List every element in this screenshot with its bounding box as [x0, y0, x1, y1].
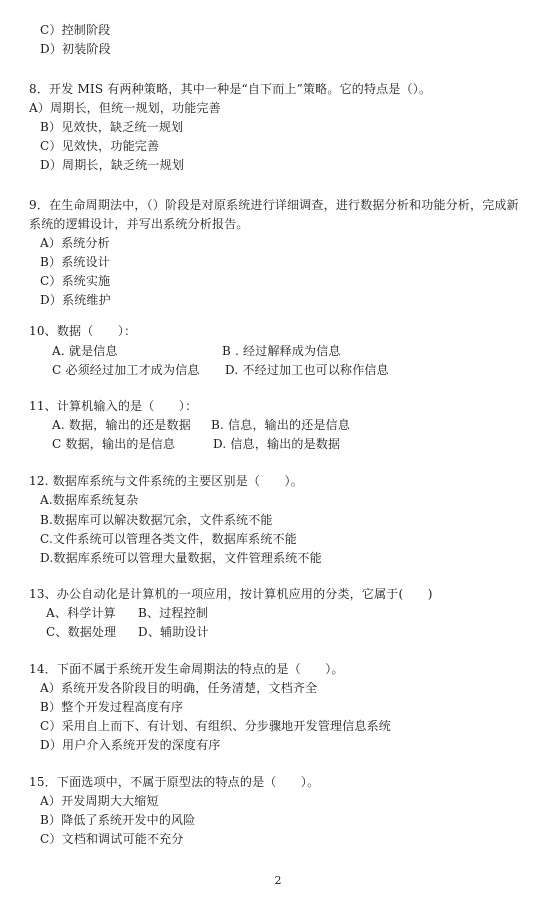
q14-option-b: B）整个开发过程高度有序: [40, 699, 183, 715]
q8-stem: 8．开发 MIS 有两种策略，其中一种是“自下而上”策略。它的特点是（）。: [29, 81, 431, 97]
page-number: 2: [0, 874, 556, 887]
q13-option-c: C、数据处理: [46, 624, 116, 640]
q14-option-d: D）用户介入系统开发的深度有序: [40, 737, 221, 753]
q12-option-d: D.数据库系统可以管理大量数据，文件管理系统不能: [40, 550, 322, 566]
q13-option-b: B、过程控制: [138, 605, 208, 621]
q8-option-c: C）见效快，功能完善: [40, 138, 159, 154]
q12-option-b: B.数据库可以解决数据冗余，文件系统不能: [40, 512, 273, 528]
q7-option-d: D）初装阶段: [40, 41, 111, 57]
q9-option-d: D）系统维护: [40, 292, 111, 308]
q11-stem: 11、计算机输入的是（ ）：: [29, 398, 197, 414]
q10-option-d: D. 不经过加工也可以称作信息: [225, 362, 389, 378]
q13-stem: 13、办公自动化是计算机的一项应用，按计算机应用的分类，它属于( ): [29, 586, 433, 602]
q9-option-c: C）系统实施: [40, 273, 110, 289]
q14-option-c: C）采用自上而下、有计划、有组织、分步骤地开发管理信息系统: [40, 718, 391, 734]
q12-option-c: C.文件系统可以管理各类文件，数据库系统不能: [40, 531, 297, 547]
q11-option-d: D. 信息，输出的是数据: [213, 436, 340, 452]
q15-option-b: B）降低了系统开发中的风险: [40, 812, 195, 828]
q14-option-a: A）系统开发各阶段目的明确，任务清楚，文档齐全: [40, 680, 317, 696]
q10-option-c: C 必须经过加工才成为信息: [52, 362, 200, 378]
q9-stem-line2: 系统的逻辑设计，并写出系统分析报告。: [29, 216, 249, 232]
q9-option-a: A）系统分析: [40, 235, 110, 251]
q13-option-d: D、辅助设计: [138, 624, 209, 640]
q14-stem: 14．下面不属于系统开发生命周期法的特点的是（ ）。: [29, 661, 344, 677]
q10-stem: 10、数据（ ）：: [29, 323, 136, 339]
q8-option-b: B）见效快，缺乏统一规划: [40, 119, 183, 135]
q8-option-a: A）周期长，但统一规划，功能完善: [29, 100, 221, 116]
q13-option-a: A、科学计算: [46, 605, 116, 621]
q8-option-d: D）周期长，缺乏统一规划: [40, 157, 184, 173]
q11-option-b: B. 信息，输出的还是信息: [211, 417, 350, 433]
q11-option-c: C 数据，输出的是信息: [52, 436, 175, 452]
q15-option-a: A）开发周期大大缩短: [40, 793, 159, 809]
q10-option-b: B . 经过解释成为信息: [222, 343, 341, 359]
q7-option-c: C）控制阶段: [40, 22, 110, 38]
q15-option-c: C）文档和调试可能不充分: [40, 831, 184, 847]
q11-option-a: A. 数据，输出的还是数据: [52, 417, 191, 433]
q15-stem: 15．下面选项中，不属于原型法的特点的是（ ）。: [29, 774, 319, 790]
q12-option-a: A.数据库系统复杂: [40, 492, 138, 508]
q10-option-a: A. 就是信息: [52, 343, 118, 359]
q9-option-b: B）系统设计: [40, 254, 110, 270]
q12-stem: 12. 数据库系统与文件系统的主要区别是（ ）。: [29, 473, 303, 489]
q9-stem-line1: 9．在生命周期法中，（）阶段是对原系统进行详细调查，进行数据分析和功能分析，完成…: [29, 197, 519, 213]
